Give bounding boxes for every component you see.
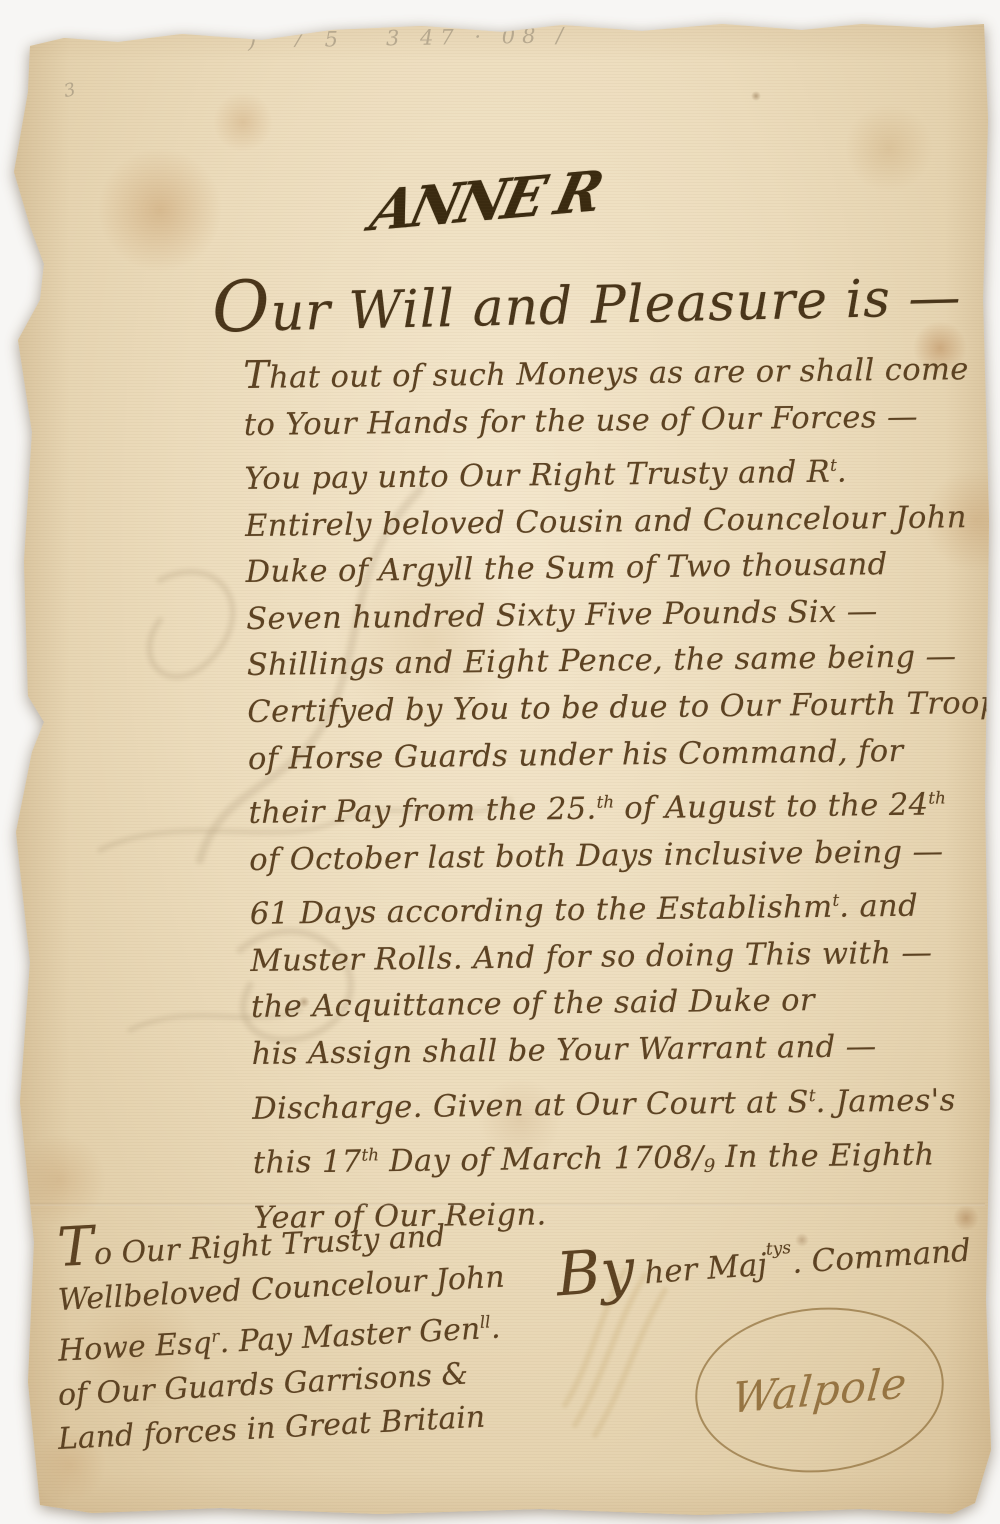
- attestation-tail: . Command: [791, 1233, 972, 1281]
- pencil-margin-mark: 3: [62, 79, 78, 102]
- body-line: their Pay from the 25.th of August to th…: [248, 774, 986, 837]
- body-line: to Your Hands for the use of Our Forces …: [244, 394, 982, 450]
- photo-background: ) 7 5 3 47 · 08 / 3 ANNE R Our Will and …: [0, 0, 1000, 1524]
- countersignature-name: Walpole: [730, 1358, 909, 1423]
- body-line: this 17th Day of March 1708/9 In the Eig…: [253, 1124, 991, 1196]
- attestation-by-flourish: By: [554, 1235, 637, 1310]
- body-line: Discharge. Given at Our Court at St. Jam…: [252, 1070, 990, 1133]
- body-line: Certifyed by You to be due to Our Fourth…: [247, 681, 985, 737]
- countersignature-walpole-flourish: Walpole: [688, 1297, 950, 1482]
- royal-signature-anne-r: ANNE R: [365, 157, 606, 243]
- body-line: Muster Rolls. And for so doing This with…: [250, 930, 988, 986]
- body-line: That out of such Moneys as are or shall …: [243, 343, 981, 403]
- manuscript-paper: ) 7 5 3 47 · 08 / 3 ANNE R Our Will and …: [0, 0, 1000, 1524]
- pencil-annotation: ) 7 5 3 47 · 08 /: [248, 23, 571, 53]
- address-block: To Our Right Trusty and Wellbeloved Coun…: [58, 1232, 505, 1462]
- attestation-superscript: tys: [765, 1238, 792, 1260]
- body-text-block: That out of such Moneys as are or shall …: [243, 343, 991, 1243]
- attestation-text: her Maj: [633, 1247, 768, 1292]
- body-line: You pay unto Our Right Trusty and Rt.: [244, 440, 982, 503]
- paper-shadow-wrap: ) 7 5 3 47 · 08 / 3 ANNE R Our Will and …: [0, 0, 1000, 1524]
- opening-line: Our Will and Pleasure is —: [211, 250, 962, 349]
- body-line: 61 Days according to the Establishmt. an…: [250, 875, 988, 938]
